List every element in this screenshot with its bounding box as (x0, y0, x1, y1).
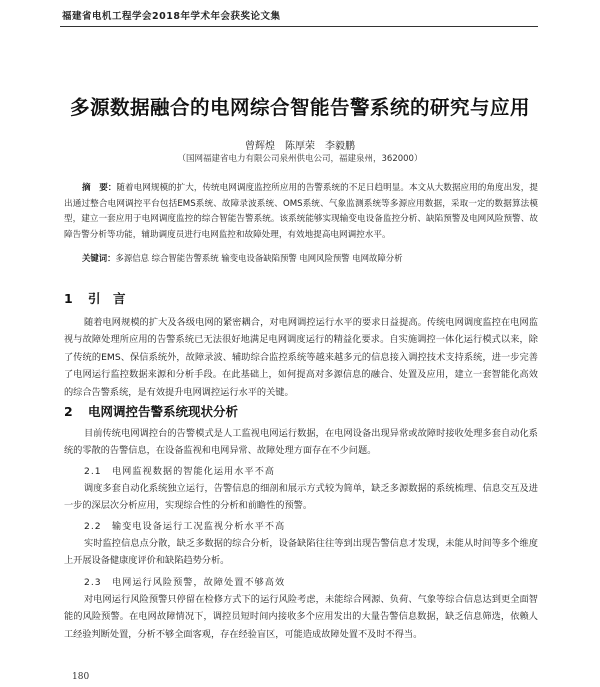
subsection-title: 输变电设备运行工况监视分析水平不高 (112, 521, 285, 532)
section-title: 引 言 (88, 291, 126, 306)
keywords: 关键词：多源信息 综合智能告警系统 输变电设备缺陷预警 电网风险预警 电网故障分… (82, 252, 542, 264)
subsection-heading-2-2: 2.2输变电设备运行工况监视分析水平不高 (84, 518, 285, 532)
keywords-text: 多源信息 综合智能告警系统 输变电设备缺陷预警 电网风险预警 电网故障分析 (116, 253, 403, 263)
affiliation: （国网福建省电力有限公司泉州供电公司，福建泉州，362000） (0, 152, 600, 164)
subsection-2-1-paragraph: 调度多套自动化系统独立运行，告警信息的细剖和展示方式较为简单，缺乏多源数据的系统… (64, 480, 538, 515)
section-number: 2 (64, 404, 88, 419)
paper-title: 多源数据融合的电网综合智能告警系统的研究与应用 (40, 92, 560, 120)
section-number: 1 (64, 291, 88, 306)
section-1-paragraph: 随着电网规模的扩大及各级电网的紧密耦合，对电网调控运行水平的要求日益提高。传统电… (64, 314, 538, 401)
authors: 曾辉煌 陈厚荣 李毅鹏 (0, 137, 600, 152)
subsection-2-2-paragraph: 实时监控信息点分散，缺乏多数据的综合分析，设备缺陷往往等到出现告警信息才发现，未… (64, 535, 538, 570)
subsection-number: 2.3 (84, 577, 112, 588)
subsection-title: 电网监视数据的智能化运用水平不高 (112, 466, 275, 477)
abstract-text: 随着电网规模的扩大，传统电网调度监控所应用的告警系统的不足日趋明显。本文从大数据… (64, 183, 538, 240)
section-2-paragraph: 目前传统电网调控台的告警模式是人工监视电网运行数据，在电网设备出现异常或故障时接… (64, 425, 538, 460)
subsection-number: 2.2 (84, 521, 112, 532)
section-title: 电网调控告警系统现状分析 (88, 404, 238, 419)
header-rule (60, 26, 538, 27)
abstract-label: 摘 要： (82, 183, 116, 193)
section-heading-2: 2电网调控告警系统现状分析 (64, 402, 238, 420)
running-header: 福建省电机工程学会2018年学术年会获奖论文集 (62, 8, 280, 22)
subsection-heading-2-3: 2.3电网运行风险预警，故障处置不够高效 (84, 574, 285, 588)
subsection-2-3-paragraph: 对电网运行风险预警只停留在检修方式下的运行风险考虑，未能综合网源、负荷、气象等综… (64, 591, 538, 643)
keywords-label: 关键词： (82, 253, 116, 263)
abstract: 摘 要：随着电网规模的扩大，传统电网调度监控所应用的告警系统的不足日趋明显。本文… (64, 181, 538, 243)
subsection-title: 电网运行风险预警，故障处置不够高效 (112, 577, 285, 588)
section-heading-1: 1引 言 (64, 289, 126, 307)
subsection-heading-2-1: 2.1电网监视数据的智能化运用水平不高 (84, 463, 275, 477)
subsection-number: 2.1 (84, 466, 112, 477)
page-number: 180 (72, 672, 89, 682)
